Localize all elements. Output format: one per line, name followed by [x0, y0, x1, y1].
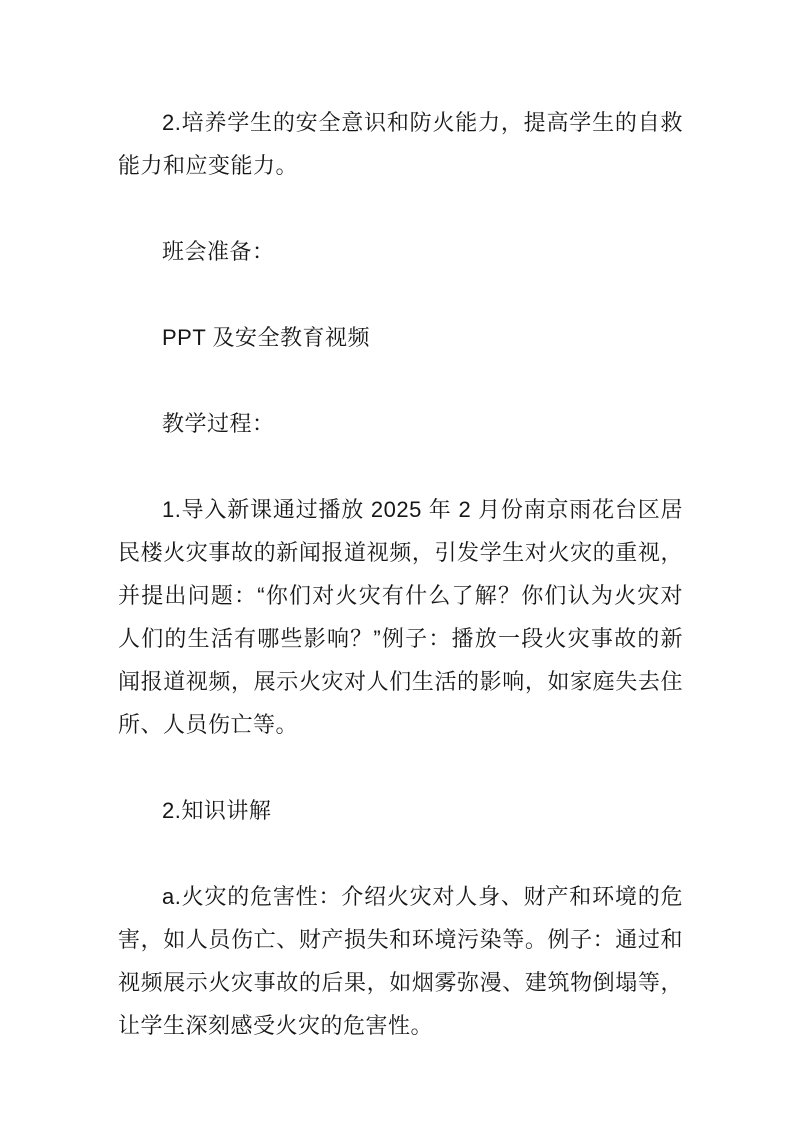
paragraph-1: 2.培养学生的安全意识和防火能力，提高学生的自救能力和应变能力。	[118, 101, 683, 187]
paragraph-6: 2.知识讲解	[118, 789, 683, 832]
paragraph-2: 班会准备：	[118, 230, 683, 273]
paragraph-7: a.火灾的危害性：介绍火灾对人身、财产和环境的危害，如人员伤亡、财产损失和环境污…	[118, 875, 683, 1047]
document-page: 2.培养学生的安全意识和防火能力，提高学生的自救能力和应变能力。班会准备：PPT…	[0, 0, 793, 1122]
document-body: 2.培养学生的安全意识和防火能力，提高学生的自救能力和应变能力。班会准备：PPT…	[118, 101, 683, 1047]
paragraph-5: 1.导入新课通过播放 2025 年 2 月份南京雨花台区居民楼火灾事故的新闻报道…	[118, 488, 683, 746]
paragraph-3: PPT 及安全教育视频	[118, 316, 683, 359]
paragraph-4: 教学过程：	[118, 402, 683, 445]
